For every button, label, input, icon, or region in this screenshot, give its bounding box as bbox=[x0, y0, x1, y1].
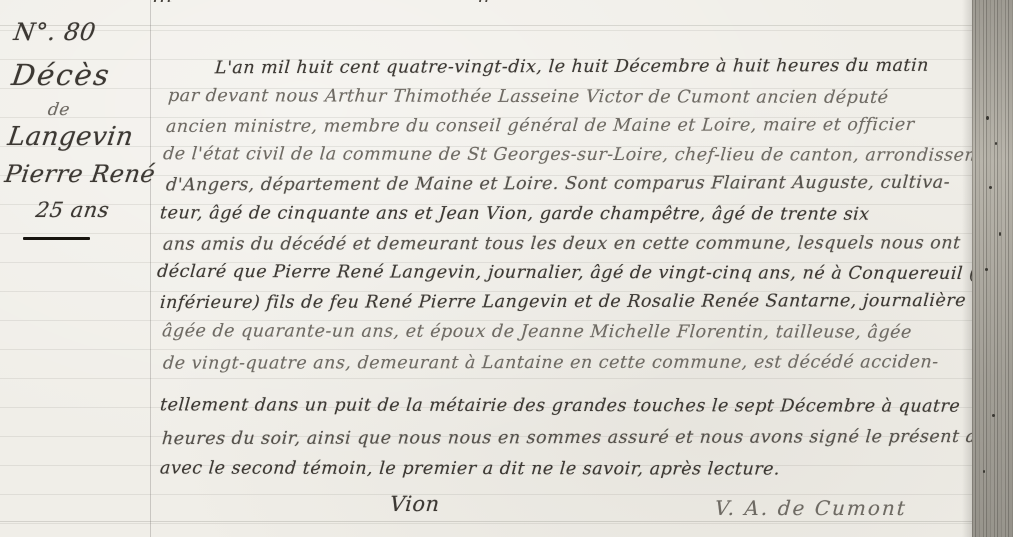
bottom-rule-line bbox=[0, 521, 978, 522]
act-line: ans amis du décédé et demeurant tous les… bbox=[162, 233, 961, 254]
ink-speck bbox=[989, 186, 992, 189]
top-rule-line bbox=[0, 25, 978, 26]
act-line: de l'état civil de la commune de St Geor… bbox=[162, 144, 1012, 165]
record-number: N°. 80 bbox=[12, 18, 98, 46]
ink-speck bbox=[985, 268, 988, 271]
act-line: avec le second témoin, le premier a dit … bbox=[159, 458, 780, 479]
signature-officer: V. A. de Cumont bbox=[714, 496, 908, 520]
scanned-register-page: m il N°. 80 Décès de Langevin Pierre Ren… bbox=[0, 0, 1013, 537]
deceased-given-names: Pierre René bbox=[3, 160, 157, 188]
ink-speck bbox=[992, 414, 995, 417]
top-fragment-center: il bbox=[477, 0, 490, 2]
margin-connector: de bbox=[47, 100, 72, 120]
top-fragment-left: m bbox=[152, 0, 173, 2]
deceased-surname: Langevin bbox=[6, 122, 136, 152]
ink-speck bbox=[983, 470, 985, 473]
margin-underline bbox=[23, 237, 90, 240]
book-binding-edge bbox=[972, 0, 1013, 537]
act-line: inférieure) fils de feu René Pierre Lang… bbox=[159, 291, 966, 313]
ink-speck bbox=[995, 142, 997, 145]
ink-speck bbox=[986, 116, 989, 120]
act-line: déclaré que Pierre René Langevin, journa… bbox=[156, 262, 1013, 284]
act-line: par devant nous Arthur Thimothée Lassein… bbox=[167, 86, 889, 108]
act-line: teur, âgé de cinquante ans et Jean Vion,… bbox=[159, 203, 870, 224]
margin-vertical-rule bbox=[150, 0, 151, 537]
record-type-label: Décès bbox=[10, 58, 113, 92]
ink-speck bbox=[999, 232, 1001, 236]
act-line: heures du soir, ainsi que nous nous en s… bbox=[161, 427, 1006, 449]
act-line: ancien ministre, membre du conseil génér… bbox=[165, 115, 915, 137]
act-line: âgée de quarante-un ans, et époux de Jea… bbox=[161, 321, 912, 342]
act-line: d'Angers, département de Maine et Loire.… bbox=[165, 173, 951, 196]
signature-witness: Vion bbox=[389, 492, 440, 516]
page-edge-shadow bbox=[962, 0, 972, 537]
deceased-age: 25 ans bbox=[34, 198, 111, 222]
act-line: tellement dans un puit de la métairie de… bbox=[159, 395, 961, 416]
act-line: de vingt-quatre ans, demeurant à Lantain… bbox=[162, 352, 939, 373]
act-line: L'an mil huit cent quatre-vingt-dix, le … bbox=[214, 56, 929, 78]
